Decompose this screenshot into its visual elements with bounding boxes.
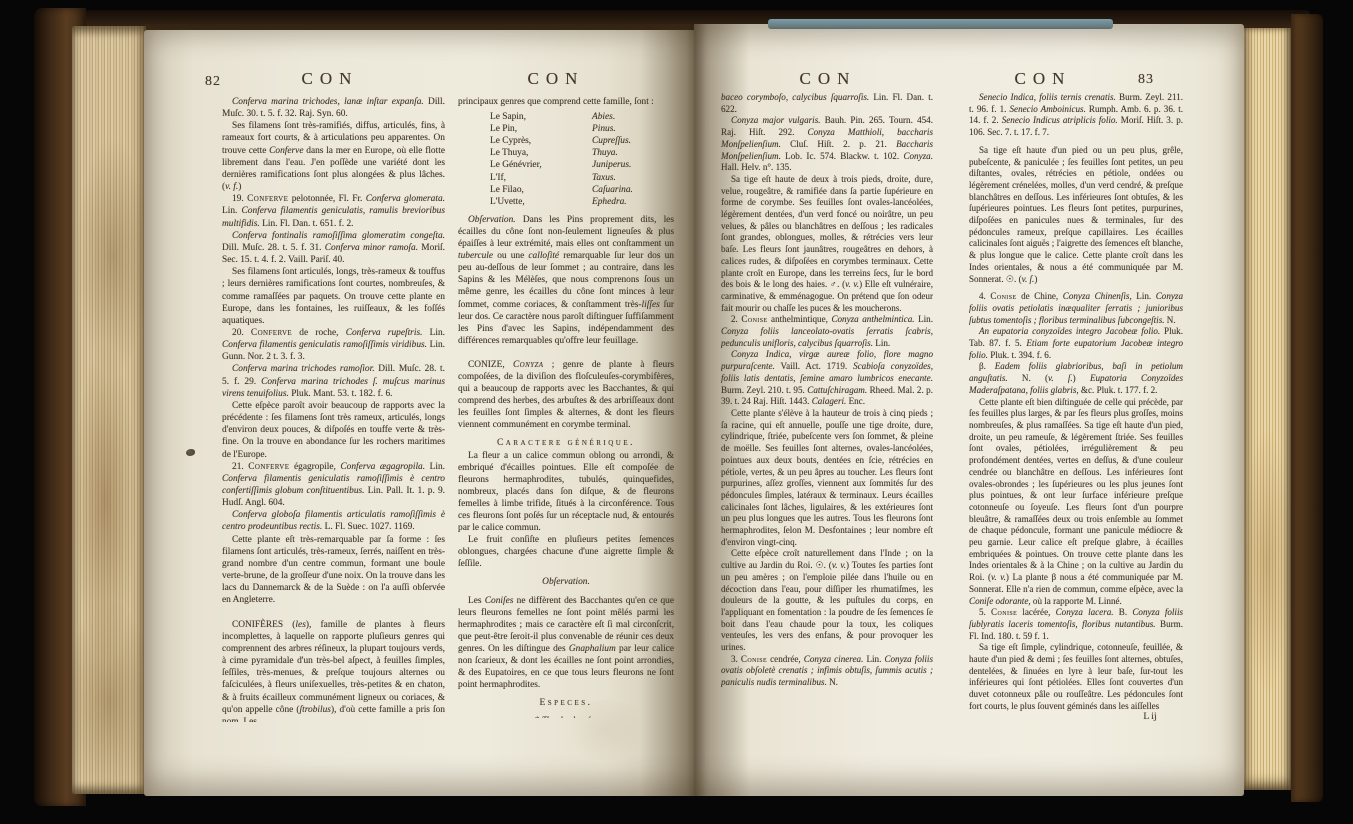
text-paragraph: La fleur a un calice commun oblong ou ar… — [458, 450, 674, 535]
text-paragraph: Sa tige eſt haute de deux à trois pieds,… — [721, 174, 933, 314]
headband-ribbon — [768, 19, 1113, 29]
signature-mark: L ij — [1100, 711, 1200, 722]
text-paragraph: Conferva globoſa filamentis articulatis … — [222, 509, 445, 533]
genus-list-row: Le Filao,Caſuarina. — [490, 184, 674, 196]
text-column-4: Senecio Indica, foliis ternis crenatis. … — [969, 92, 1183, 726]
genus-list-row: L'Uvette,Ephedra. — [490, 196, 674, 208]
page-fore-edge-left — [72, 26, 146, 794]
genus-french-name: Le Pin, — [490, 123, 592, 135]
genus-latin-name: Cupreſſus. — [592, 135, 631, 147]
genus-latin-name: Taxus. — [592, 172, 616, 184]
text-paragraph: Le fruit conſiſte en pluſieurs petites ſ… — [458, 534, 674, 570]
book-cover-right — [1291, 14, 1323, 802]
text-column-1: Conferva marina trichodes, lanæ inſtar e… — [222, 96, 445, 722]
text-paragraph: 5. Conise lacérée, Conyza lacera. B. Con… — [969, 607, 1183, 642]
text-paragraph: Les Coniſes ne diffèrent des Bacchantes … — [458, 595, 674, 692]
text-paragraph: baceo corymboſo, calycibus ſquarroſis. L… — [721, 92, 933, 115]
page-number-right: 83 — [1138, 72, 1154, 88]
text-paragraph: Conferva fontinalis ramoſiſſima glomerat… — [222, 230, 445, 266]
text-paragraph: 4. Conise de Chine, Conyza Chinenſis, Li… — [969, 291, 1183, 326]
text-paragraph: Obſervation. — [458, 576, 674, 588]
text-paragraph: An eupatoria conyzoïdes integro Jacobeæ … — [969, 326, 1183, 361]
text-paragraph: Cette plante s'élève à la hauteur de tro… — [721, 408, 933, 548]
genus-latin-name: Juniperus. — [592, 159, 631, 171]
genus-list-row: Le Génévrier,Juniperus. — [490, 159, 674, 171]
text-paragraph: CONIZE, Conyza ; genre de plante à fleur… — [458, 359, 674, 432]
text-column-2: principaux genres que comprend cette fam… — [458, 96, 674, 718]
genus-french-name: Le Génévrier, — [490, 159, 592, 171]
text-paragraph: Cette eſpèce paroît avoir beaucoup de ra… — [222, 400, 445, 461]
genus-french-name: Le Thuya, — [490, 147, 592, 159]
genus-french-name: Le Cyprès, — [490, 135, 592, 147]
text-paragraph: Ses filamens ſont articulés, longs, très… — [222, 266, 445, 327]
genus-list-row: Le Sapin,Abies. — [490, 111, 674, 123]
page-fore-edge-right — [1243, 28, 1291, 790]
text-paragraph: 2. Conise anthelmintique, Conyza anthelm… — [721, 314, 933, 349]
genus-french-name: Le Filao, — [490, 184, 592, 196]
running-head-col1: CON — [275, 69, 385, 89]
text-paragraph: Cette plante eſt très-remarquable par ſa… — [222, 534, 445, 607]
text-paragraph: Caractere générique. — [458, 437, 674, 449]
text-paragraph: 20. Conferve de roche, Conferva rupeſtri… — [222, 327, 445, 363]
page-number-left: 82 — [205, 74, 221, 90]
text-paragraph: 19. Conferve pelotonnée, Fl. Fr. Conferv… — [222, 193, 445, 229]
text-paragraph: Conyza major vulgaris. Bauh. Pin. 265. T… — [721, 115, 933, 174]
text-paragraph: Conferva marina trichodes ramoſior. Dill… — [222, 363, 445, 399]
text-paragraph: Cette plante eſt bien diſtinguée de cell… — [969, 397, 1183, 608]
text-paragraph: 3. Conise cendrée, Conyza cinerea. Lin. … — [721, 654, 933, 689]
genus-french-name: Le Sapin, — [490, 111, 592, 123]
genus-latin-name: Ephedra. — [592, 196, 627, 208]
text-paragraph: Cette eſpèce croît naturellement dans l'… — [721, 548, 933, 653]
text-paragraph: Sa tige eſt ſimple, cylindrique, cotonne… — [969, 642, 1183, 712]
running-head-col2: CON — [501, 69, 611, 89]
text-paragraph: Conferva marina trichodes, lanæ inſtar e… — [222, 96, 445, 120]
text-paragraph: Ses filamens ſont très-ramifiés, diffus,… — [222, 120, 445, 193]
text-paragraph: CONIFÈRES (les), famille de plantes à fl… — [222, 619, 445, 722]
text-paragraph: Conyza Indica, virgæ aureæ folio, flore … — [721, 349, 933, 408]
genus-list-row: Le Cyprès,Cupreſſus. — [490, 135, 674, 147]
text-paragraph: * Tige herbacée. — [458, 715, 674, 718]
genus-list-row: Le Thuya,Thuya. — [490, 147, 674, 159]
text-column-3: baceo corymboſo, calycibus ſquarroſis. L… — [721, 92, 933, 726]
genus-list-row: L'If,Taxus. — [490, 172, 674, 184]
genus-latin-name: Abies. — [592, 111, 615, 123]
text-paragraph: 21. Conferve égagropile, Conferva ægagro… — [222, 461, 445, 510]
book-photograph: 82 CON CON CON CON 83 Conferva marina tr… — [0, 0, 1353, 824]
genus-latin-name: Pinus. — [592, 123, 616, 135]
genus-latin-name: Thuya. — [592, 147, 618, 159]
text-paragraph: Especes. — [458, 697, 674, 709]
genus-latin-name: Caſuarina. — [592, 184, 633, 196]
genus-list-row: Le Pin,Pinus. — [490, 123, 674, 135]
genus-french-name: L'Uvette, — [490, 196, 592, 208]
text-paragraph: principaux genres que comprend cette fam… — [458, 96, 674, 108]
genus-list: Le Sapin,Abies.Le Pin,Pinus.Le Cyprès,Cu… — [490, 111, 674, 208]
running-head-col4: CON — [988, 69, 1098, 89]
text-paragraph: Senecio Indica, foliis ternis crenatis. … — [969, 92, 1183, 139]
text-paragraph: Obſervation. Dans les Pins proprement di… — [458, 214, 674, 347]
running-head-col3: CON — [773, 69, 883, 89]
genus-french-name: L'If, — [490, 172, 592, 184]
text-paragraph: Sa tige eſt haute d'un pied ou un peu pl… — [969, 145, 1183, 285]
text-paragraph: β. Eadem foliis glabrioribus, baſi in pe… — [969, 361, 1183, 396]
